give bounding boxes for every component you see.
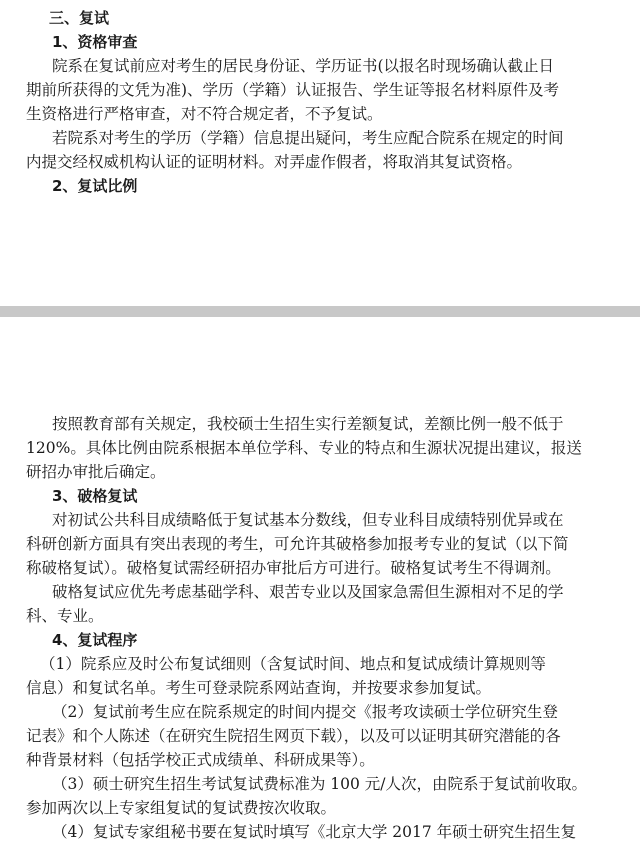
paragraph-line: 院系在复试前应对考生的居民身份证、学历证书(以报名时现场确认截止日 [0,54,640,78]
paragraph-line: 破格复试应优先考虑基础学科、艰苦专业以及国家急需但生源相对不足的学 [0,580,640,604]
subsection-title-exception: 3、破格复试 [0,484,640,508]
page-separator [0,306,640,317]
paragraph-line: 科、专业。 [0,604,640,628]
document-page-1: 三、复试 1、资格审查 院系在复试前应对考生的居民身份证、学历证书(以报名时现场… [0,0,640,306]
subsection-title-qualification: 1、资格审查 [0,30,640,54]
document-page-2: 按照教育部有关规定，我校硕士生招生实行差额复试，差额比例一般不低于 120%。具… [0,317,640,847]
paragraph-line: （3）硕士研究生招生考试复试费标准为 100 元/人次，由院系于复试前收取。 [0,772,640,796]
paragraph-line: 种背景材料（包括学校正式成绩单、科研成果等）。 [0,748,640,772]
paragraph-line: 期前所获得的文凭为准)、学历（学籍）认证报告、学生证等报名材料原件及考 [0,78,640,102]
paragraph-line: （1）院系应及时公布复试细则（含复试时间、地点和复试成绩计算规则等 [0,652,640,676]
paragraph-line: 120%。具体比例由院系根据本单位学科、专业的特点和生源状况提出建议，报送 [0,436,640,460]
paragraph-line: 对初试公共科目成绩略低于复试基本分数线，但专业科目成绩特别优异或在 [0,508,640,532]
paragraph-line: 记表》和个人陈述（在研究生院招生网页下载），以及可以证明其研究潜能的各 [0,724,640,748]
section-title: 三、复试 [0,6,640,30]
paragraph-line: 内提交经权威机构认证的证明材料。对弄虚作假者，将取消其复试资格。 [0,150,640,174]
paragraph-line: 科研创新方面具有突出表现的考生，可允许其破格参加报考专业的复试（以下简 [0,532,640,556]
paragraph-line: 称破格复试）。破格复试需经研招办审批后方可进行。破格复试考生不得调剂。 [0,556,640,580]
paragraph-line: 按照教育部有关规定，我校硕士生招生实行差额复试，差额比例一般不低于 [0,412,640,436]
subsection-title-procedure: 4、复试程序 [0,628,640,652]
paragraph-line: 研招办审批后确定。 [0,460,640,484]
subsection-title-ratio: 2、复试比例 [0,174,640,198]
paragraph-line: （2）复试前考生应在院系规定的时间内提交《报考攻读硕士学位研究生登 [0,700,640,724]
paragraph-line: 生资格进行严格审查，对不符合规定者，不予复试。 [0,102,640,126]
paragraph-line: 参加两次以上专家组复试的复试费按次收取。 [0,796,640,820]
paragraph-line: （4）复试专家组秘书要在复试时填写《北京大学 2017 年硕士研究生招生复 [0,820,640,844]
paragraph-line: 若院系对考生的学历（学籍）信息提出疑问，考生应配合院系在规定的时间 [0,126,640,150]
paragraph-line: 信息）和复试名单。考生可登录院系网站查询，并按要求参加复试。 [0,676,640,700]
